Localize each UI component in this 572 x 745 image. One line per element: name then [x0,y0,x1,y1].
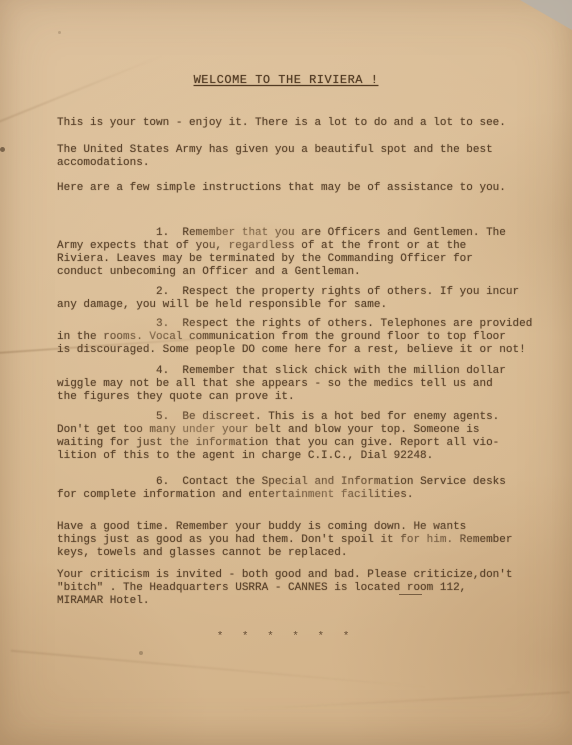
intro-paragraph-3: Here are a few simple instructions that … [57,182,562,195]
paper-speck [0,147,5,152]
instruction-item-3: 3. Respect the rights of others. Telepho… [57,318,562,357]
instruction-item-4: 4. Remember that slick chick with the mi… [57,365,562,404]
instruction-item-1: 1. Remember that you are Officers and Ge… [57,227,562,279]
paper-speck [139,651,143,655]
intro-paragraph-2: The United States Army has given you a b… [57,144,562,170]
closing-paragraph-1: Have a good time. Remember your buddy is… [57,521,562,560]
closing-paragraph-2: Your criticism is invited - both good an… [57,569,562,608]
document-title: WELCOME TO THE RIVIERA ! [0,73,572,87]
room-number-underline [399,594,422,595]
asterisk-separator: * * * * * * [0,631,572,643]
page-corner-background [520,0,572,30]
paper-speck [58,31,61,34]
paper-crease [11,650,430,689]
instruction-item-2: 2. Respect the property rights of others… [57,286,562,312]
instruction-item-5: 5. Be discreet. This is a hot bed for en… [57,411,562,463]
paper-crease [240,691,570,710]
scanned-document-page: WELCOME TO THE RIVIERA ! This is your to… [0,0,572,745]
instruction-item-6: 6. Contact the Special and Information S… [57,476,562,502]
intro-paragraph-1: This is your town - enjoy it. There is a… [57,117,562,130]
